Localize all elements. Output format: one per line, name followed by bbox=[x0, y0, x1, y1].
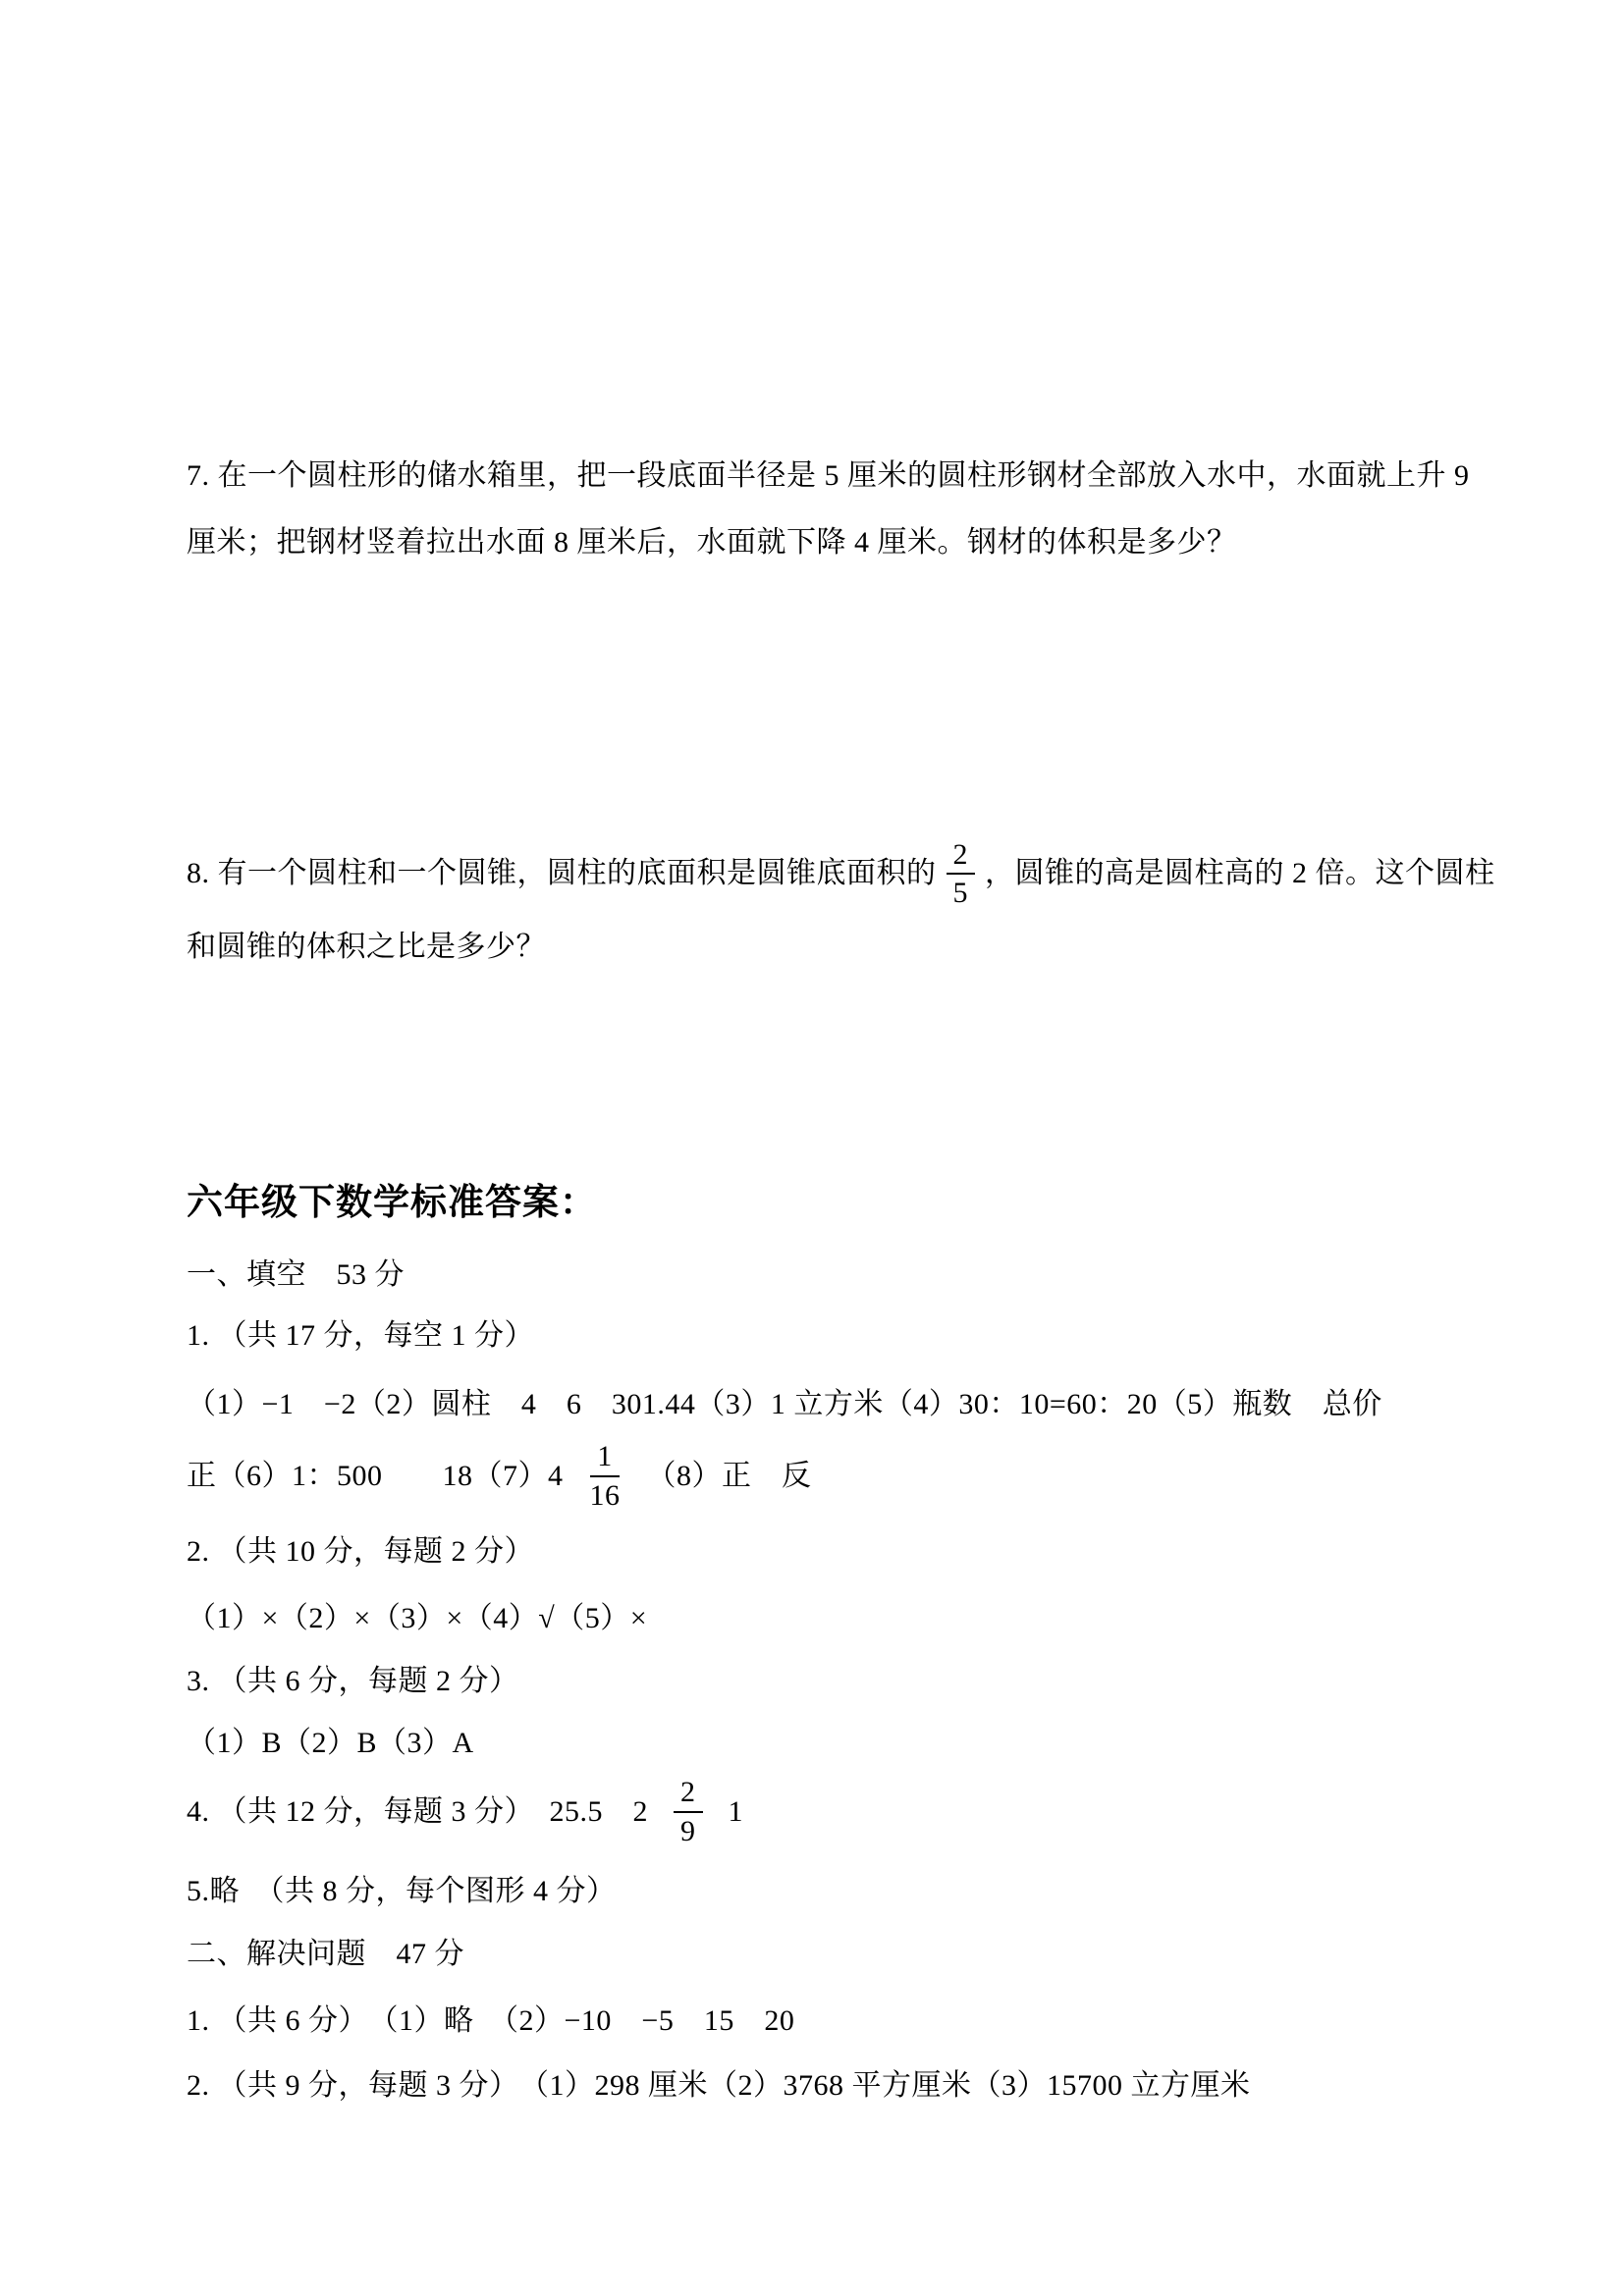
fraction-numerator: 2 bbox=[947, 839, 976, 876]
question-8-text-after: ，圆锥的高是圆柱高的 2 倍。这个圆柱 bbox=[985, 855, 1495, 892]
problem-solving-q1-answers: 1. （共 6 分） （1）略 （2）−10 −5 15 20 bbox=[187, 2002, 794, 2040]
question-8-text-before: 8. 有一个圆柱和一个圆锥，圆柱的底面积是圆锥底面积的 bbox=[187, 855, 937, 892]
fill-in-q1-answers-line-1: （1）−1 −2（2）圆柱 4 6 301.44（3）1 立方米（4）30：10… bbox=[187, 1386, 1382, 1423]
fill-in-q4-text-before: 4. （共 12 分，每题 3 分） 25.5 2 bbox=[187, 1793, 648, 1831]
answer-key-title: 六年级下数学标准答案： bbox=[187, 1181, 597, 1226]
fill-in-q3-answers: （1）B（2）B（3）A bbox=[187, 1725, 474, 1762]
fill-in-q1-label: 1. （共 17 分，每空 1 分） bbox=[187, 1317, 534, 1355]
question-8-line-2: 和圆锥的体积之比是多少？ bbox=[187, 929, 546, 966]
fill-in-q4-text-after: 1 bbox=[729, 1793, 744, 1831]
problem-solving-heading: 二、解决问题 47 分 bbox=[187, 1936, 464, 1973]
fill-in-q3-label: 3. （共 6 分，每题 2 分） bbox=[187, 1663, 519, 1700]
fill-in-q1-text-before: 正（6）1：500 18（7）4 bbox=[187, 1458, 564, 1495]
question-7-line-2: 厘米；把钢材竖着拉出水面 8 厘米后，水面就下降 4 厘米。钢材的体积是多少？ bbox=[187, 524, 1237, 561]
document-page: 7. 在一个圆柱形的储水箱里，把一段底面半径是 5 厘米的圆柱形钢材全部放入水中… bbox=[0, 0, 1624, 2296]
fraction-two-fifths: 2 5 bbox=[947, 839, 976, 909]
fraction-two-ninths: 2 9 bbox=[674, 1777, 703, 1846]
fill-in-q2-label: 2. （共 10 分，每题 2 分） bbox=[187, 1533, 534, 1571]
fraction-numerator: 2 bbox=[674, 1777, 703, 1813]
question-7-line-1: 7. 在一个圆柱形的储水箱里，把一段底面半径是 5 厘米的圆柱形钢材全部放入水中… bbox=[187, 457, 1470, 495]
fraction-one-sixteenth: 1 16 bbox=[583, 1441, 627, 1511]
question-8-line-1: 8. 有一个圆柱和一个圆锥，圆柱的底面积是圆锥底面积的 2 5 ，圆锥的高是圆柱… bbox=[187, 825, 1495, 923]
fraction-denominator: 9 bbox=[674, 1813, 703, 1847]
problem-solving-q2-answers: 2. （共 9 分，每题 3 分） （1）298 厘米（2）3768 平方厘米（… bbox=[187, 2067, 1251, 2105]
fill-in-q1-text-after: （8）正 反 bbox=[647, 1458, 812, 1495]
fill-in-q1-answers-line-2: 正（6）1：500 18（7）4 1 16 （8）正 反 bbox=[187, 1429, 812, 1522]
fraction-denominator: 5 bbox=[947, 875, 976, 909]
fill-in-q4-answers: 4. （共 12 分，每题 3 分） 25.5 2 2 9 1 bbox=[187, 1765, 743, 1858]
fill-in-heading: 一、填空 53 分 bbox=[187, 1256, 405, 1294]
fraction-denominator: 16 bbox=[583, 1477, 627, 1512]
fill-in-q5-answer: 5.略 （共 8 分，每个图形 4 分） bbox=[187, 1873, 617, 1910]
fraction-numerator: 1 bbox=[590, 1441, 620, 1477]
fill-in-q2-answers: （1）×（2）×（3）×（4）√（5）× bbox=[187, 1600, 647, 1637]
